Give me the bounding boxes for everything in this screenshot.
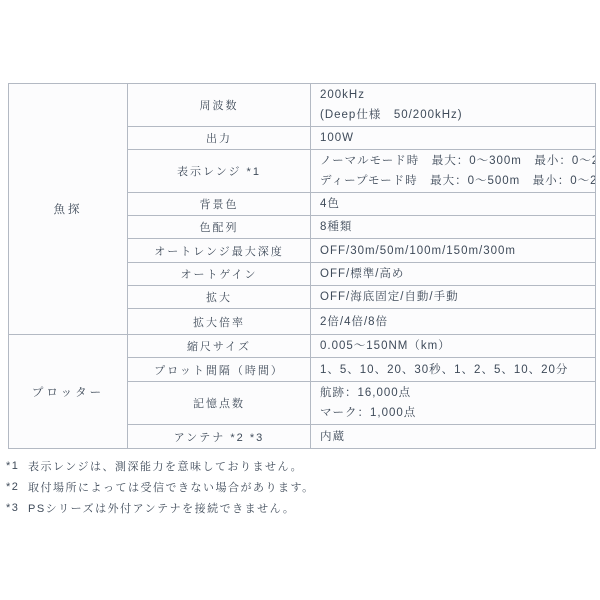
spec-label-color-pattern: 色配列: [128, 216, 311, 239]
footnote: *3 PSシリーズは外付アンテナを接続できません。: [6, 497, 315, 518]
spec-value-color-pattern: 8種類: [311, 216, 596, 239]
spec-page: 魚探 周波数 200kHz (Deep仕様 50/200kHz) 出力 100W…: [0, 0, 600, 600]
spec-value-display-range: ノーマルモード時 最大：0〜300m 最小：0〜2m ディープモード時 最大：0…: [311, 150, 596, 193]
spec-value-line: 8種類: [320, 217, 589, 237]
table-row: プロッター 縮尺サイズ 0.005〜150NM（km）: [9, 335, 596, 358]
spec-label-autorange-depth: オートレンジ最大深度: [128, 239, 311, 263]
spec-value-line: 200kHz: [320, 85, 589, 105]
spec-value-line: ディープモード時 最大：0〜500m 最小：0〜2m: [320, 171, 589, 191]
spec-value-line: OFF/30m/50m/100m/150m/300m: [320, 241, 589, 261]
spec-value-zoom-ratio: 2倍/4倍/8倍: [311, 309, 596, 335]
spec-value-autogain: OFF/標準/高め: [311, 263, 596, 286]
spec-value-line: 100W: [320, 128, 589, 148]
spec-value-line: OFF/海底固定/自動/手動: [320, 287, 589, 307]
spec-value-line: マーク：1,000点: [320, 403, 589, 423]
spec-value-plot-interval: 1、5、10、20、30秒、1、2、5、10、20分: [311, 358, 596, 382]
spec-label-plot-interval: プロット間隔（時間）: [128, 358, 311, 382]
spec-label-zoom-ratio: 拡大倍率: [128, 309, 311, 335]
spec-value-line: 1、5、10、20、30秒、1、2、5、10、20分: [320, 360, 589, 380]
spec-value-line: (Deep仕様 50/200kHz): [320, 105, 589, 125]
spec-value-line: 内蔵: [320, 427, 589, 447]
spec-value-autorange-depth: OFF/30m/50m/100m/150m/300m: [311, 239, 596, 263]
footnote-text: 表示レンジは、測深能力を意味しておりません。: [28, 458, 303, 474]
spec-label-scale-size: 縮尺サイズ: [128, 335, 311, 358]
category-cell-plotter: プロッター: [9, 335, 128, 449]
footnote-marker: *2: [6, 481, 28, 493]
table-row: 魚探 周波数 200kHz (Deep仕様 50/200kHz): [9, 84, 596, 127]
spec-label-zoom: 拡大: [128, 286, 311, 309]
spec-value-line: 2倍/4倍/8倍: [320, 312, 589, 332]
footnote-marker: *3: [6, 502, 28, 514]
spec-value-memory-points: 航跡：16,000点 マーク：1,000点: [311, 382, 596, 425]
spec-value-line: 4色: [320, 194, 589, 214]
spec-label-frequency: 周波数: [128, 84, 311, 127]
spec-label-background-color: 背景色: [128, 193, 311, 216]
spec-value-zoom: OFF/海底固定/自動/手動: [311, 286, 596, 309]
category-cell-fish-finder: 魚探: [9, 84, 128, 335]
footnote: *2 取付場所によっては受信できない場合があります。: [6, 476, 315, 497]
spec-label-display-range: 表示レンジ *1: [128, 150, 311, 193]
spec-value-line: OFF/標準/高め: [320, 264, 589, 284]
spec-table: 魚探 周波数 200kHz (Deep仕様 50/200kHz) 出力 100W…: [8, 83, 596, 449]
spec-value-background-color: 4色: [311, 193, 596, 216]
spec-label-antenna: アンテナ *2 *3: [128, 425, 311, 449]
spec-value-line: 0.005〜150NM（km）: [320, 336, 589, 356]
spec-label-output: 出力: [128, 127, 311, 150]
spec-value-line: ノーマルモード時 最大：0〜300m 最小：0〜2m: [320, 151, 589, 171]
footnote: *1 表示レンジは、測深能力を意味しておりません。: [6, 455, 315, 476]
footnotes: *1 表示レンジは、測深能力を意味しておりません。 *2 取付場所によっては受信…: [6, 455, 315, 518]
spec-label-autogain: オートゲイン: [128, 263, 311, 286]
spec-value-line: 航跡：16,000点: [320, 383, 589, 403]
spec-value-antenna: 内蔵: [311, 425, 596, 449]
footnote-text: 取付場所によっては受信できない場合があります。: [28, 479, 315, 495]
spec-value-frequency: 200kHz (Deep仕様 50/200kHz): [311, 84, 596, 127]
footnote-text: PSシリーズは外付アンテナを接続できません。: [28, 500, 295, 516]
spec-label-memory-points: 記憶点数: [128, 382, 311, 425]
spec-value-scale-size: 0.005〜150NM（km）: [311, 335, 596, 358]
footnote-marker: *1: [6, 460, 28, 472]
spec-value-output: 100W: [311, 127, 596, 150]
